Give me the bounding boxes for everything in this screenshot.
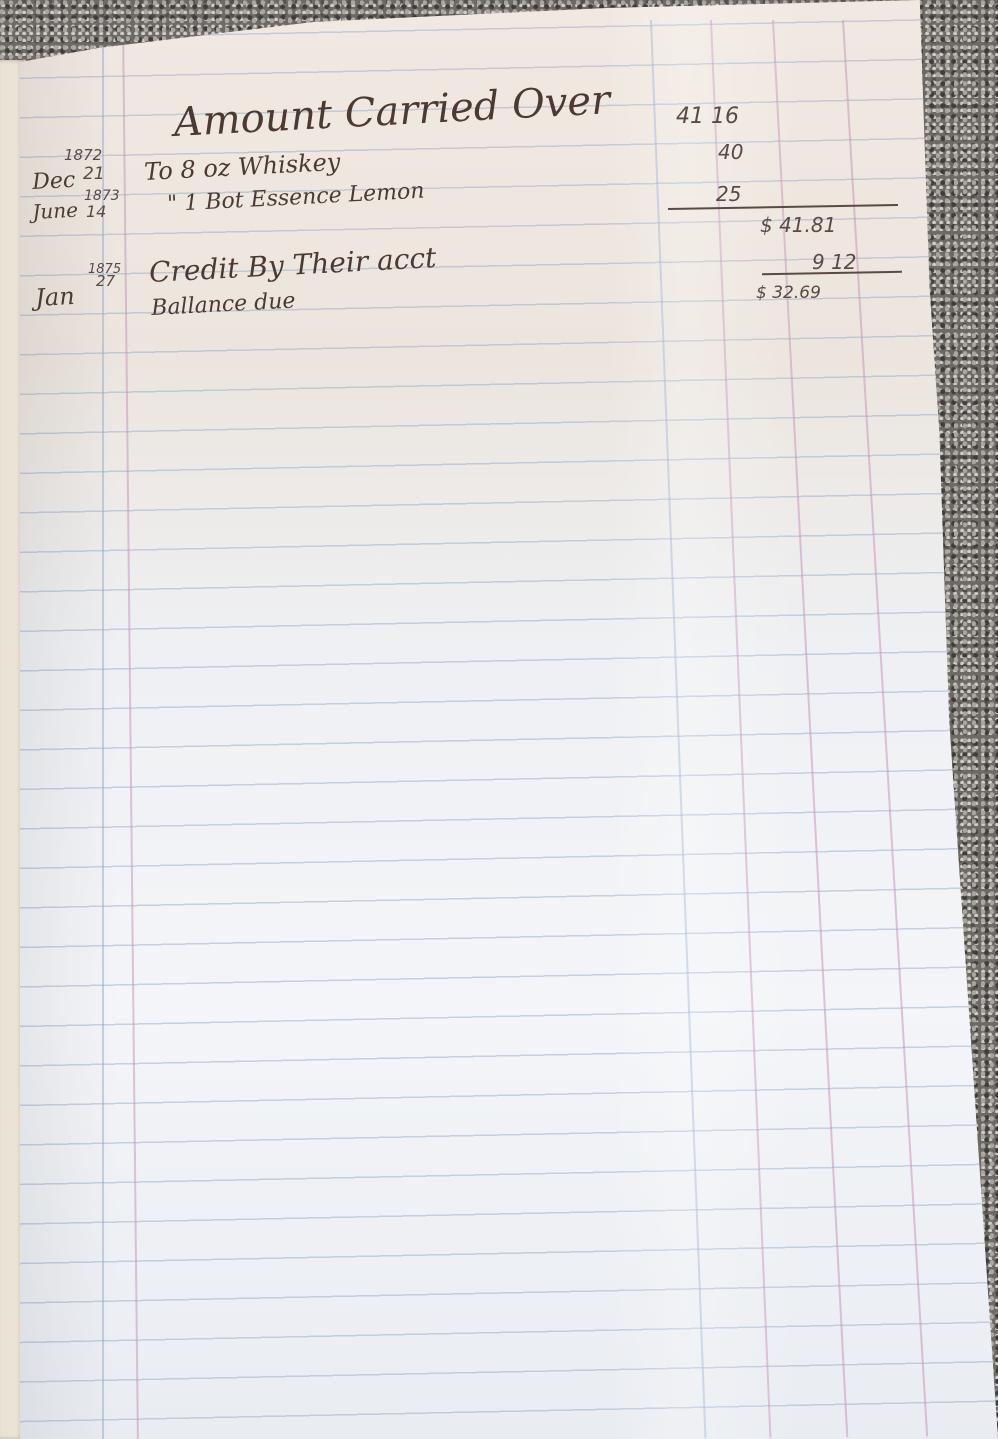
entry-3-month: Jan xyxy=(35,282,76,312)
entry-1-year: 1872 xyxy=(64,146,102,164)
entry-2-day: 14 xyxy=(86,202,106,221)
entry-1-amount: 40 xyxy=(718,140,743,164)
cents-column-line-right xyxy=(842,20,928,1437)
balance-amount: $ 32.69 xyxy=(756,283,821,303)
entry-1-month: Dec xyxy=(32,168,76,195)
entry-2-amount: 25 xyxy=(716,182,741,206)
entry-2-month: June xyxy=(32,198,79,224)
column-line xyxy=(650,20,706,1438)
margin-line xyxy=(102,20,104,1439)
entry-1-day: 21 xyxy=(83,164,105,184)
ledger-page xyxy=(20,0,998,1439)
carried-over-amount: 41 16 xyxy=(676,104,739,129)
subtotal-amount: $ 41.81 xyxy=(760,213,836,237)
entry-3-amount: 9 12 xyxy=(812,250,857,274)
entry-3-day: 27 xyxy=(96,272,115,290)
date-column-line xyxy=(122,20,139,1439)
